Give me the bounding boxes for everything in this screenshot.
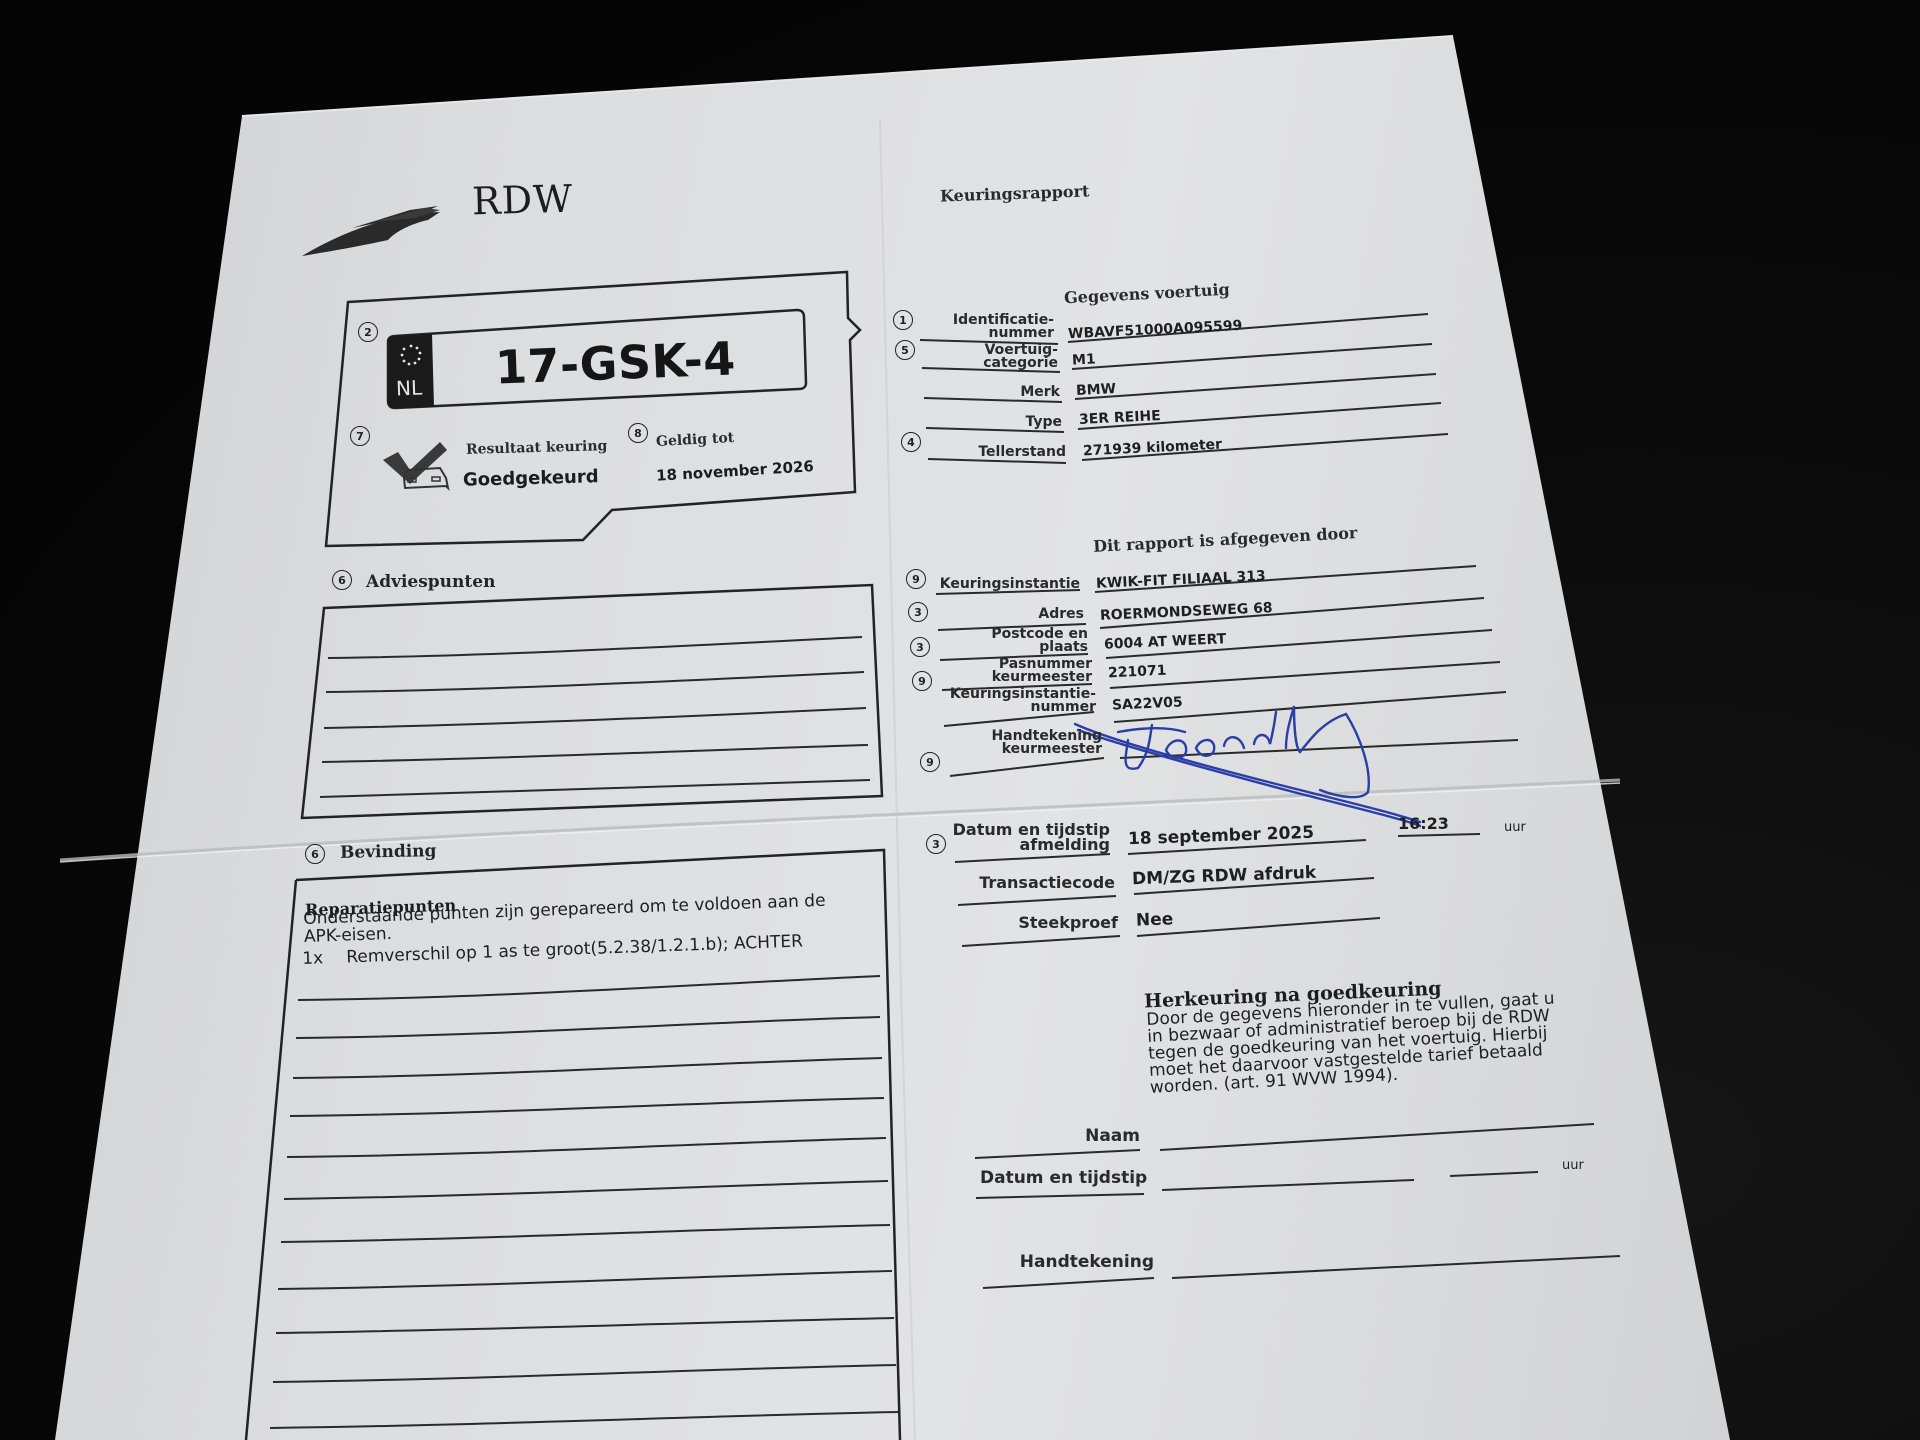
reinspection-name-field[interactable] — [1162, 1118, 1592, 1146]
reinspection-date-field[interactable] — [1162, 1164, 1412, 1192]
type-label: Type — [948, 416, 1062, 429]
reinspection-time-field[interactable] — [1450, 1150, 1538, 1176]
repair-item-qty: 1x — [302, 948, 347, 968]
reinspection-text: Door de gegevens hieronder in te vullen,… — [1146, 991, 1558, 1097]
reinspection-time-unit: uur — [1562, 1158, 1584, 1173]
inspection-body-number-label: Keuringsinstantie- nummer — [940, 688, 1096, 714]
marker-valid-until: 8 — [628, 423, 648, 443]
vin-value: WBAVF51000A095599 — [1068, 318, 1243, 342]
marker-plate: 2 — [358, 322, 378, 342]
type-value: 3ER REIHE — [1079, 408, 1161, 428]
address-label: Adres — [934, 608, 1084, 621]
plate-country-code: NL — [396, 376, 423, 401]
marker-inspection-body: 9 — [906, 569, 926, 589]
issuer-section-heading: Dit rapport is afgegeven door — [1093, 523, 1358, 556]
vin-label: Identificatie- nummer — [940, 314, 1054, 340]
make-label: Merk — [946, 386, 1060, 399]
marker-advice: 6 — [332, 570, 352, 590]
result-value: Goedgekeurd — [463, 466, 599, 491]
marker-registration: 3 — [926, 834, 946, 854]
marker-result: 7 — [350, 426, 370, 446]
reinspection-name-label: Naam — [980, 1130, 1140, 1143]
result-label: Resultaat keuring — [466, 438, 608, 458]
registration-date-value: 18 september 2025 — [1128, 823, 1315, 849]
reinspection-signature-label: Handtekening — [990, 1256, 1154, 1269]
transaction-code-label: Transactiecode — [955, 876, 1115, 889]
marker-inspector-pass: 9 — [912, 671, 932, 691]
address-value: ROERMONDSEWEG 68 — [1100, 600, 1273, 624]
registration-time-unit: uur — [1504, 820, 1526, 835]
inspector-pass-label: Pasnummer keurmeester — [938, 658, 1092, 684]
inspection-body-label: Keuringsinstantie — [930, 578, 1080, 591]
odometer-label: Tellerstand — [950, 446, 1066, 459]
marker-postcode: 3 — [910, 637, 930, 657]
marker-vin: 1 — [893, 310, 913, 330]
vehicle-category-label: Voertuig- categorie — [944, 344, 1058, 370]
inspection-body-number-value: SA22V05 — [1112, 694, 1183, 713]
sample-check-label: Steekproef — [958, 916, 1118, 929]
inspector-pass-value: 221071 — [1108, 663, 1167, 682]
postcode-city-label: Postcode en plaats — [936, 628, 1088, 654]
license-plate-number: 17-GSK-4 — [494, 331, 737, 394]
marker-inspector-signature: 9 — [920, 752, 940, 772]
reinspection-datetime-label: Datum en tijdstip — [980, 1172, 1144, 1185]
marker-finding: 6 — [305, 844, 325, 864]
odometer-value: 271939 kilometer — [1083, 437, 1223, 460]
reinspection-signature-field[interactable] — [1172, 1240, 1618, 1276]
registration-datetime-label: Datum en tijdstip afmelding — [950, 822, 1110, 852]
sample-check-value: Nee — [1136, 909, 1174, 930]
marker-address: 3 — [908, 602, 928, 622]
organization-name: RDW — [471, 177, 573, 224]
postcode-city-value: 6004 AT WEERT — [1104, 631, 1227, 653]
inspection-body-value: KWIK-FIT FILIAAL 313 — [1096, 568, 1266, 592]
marker-odometer: 4 — [901, 432, 921, 452]
marker-vehicle-category: 5 — [895, 340, 915, 360]
valid-until-label: Geldig tot — [656, 430, 735, 450]
make-value: BMW — [1076, 381, 1117, 399]
finding-heading: Bevinding — [340, 841, 437, 863]
vehicle-section-heading: Gegevens voertuig — [1064, 280, 1231, 308]
transaction-code-value: DM/ZG RDW afdruk — [1132, 863, 1317, 889]
advice-heading: Adviespunten — [366, 572, 495, 592]
inspector-signature-label: Handtekening keurmeester — [944, 730, 1102, 756]
registration-time-value: 16:23 — [1398, 814, 1449, 833]
valid-until-value: 18 november 2026 — [656, 457, 815, 485]
report-title: Keuringsrapport — [940, 181, 1090, 205]
vehicle-category-value: M1 — [1072, 351, 1096, 368]
